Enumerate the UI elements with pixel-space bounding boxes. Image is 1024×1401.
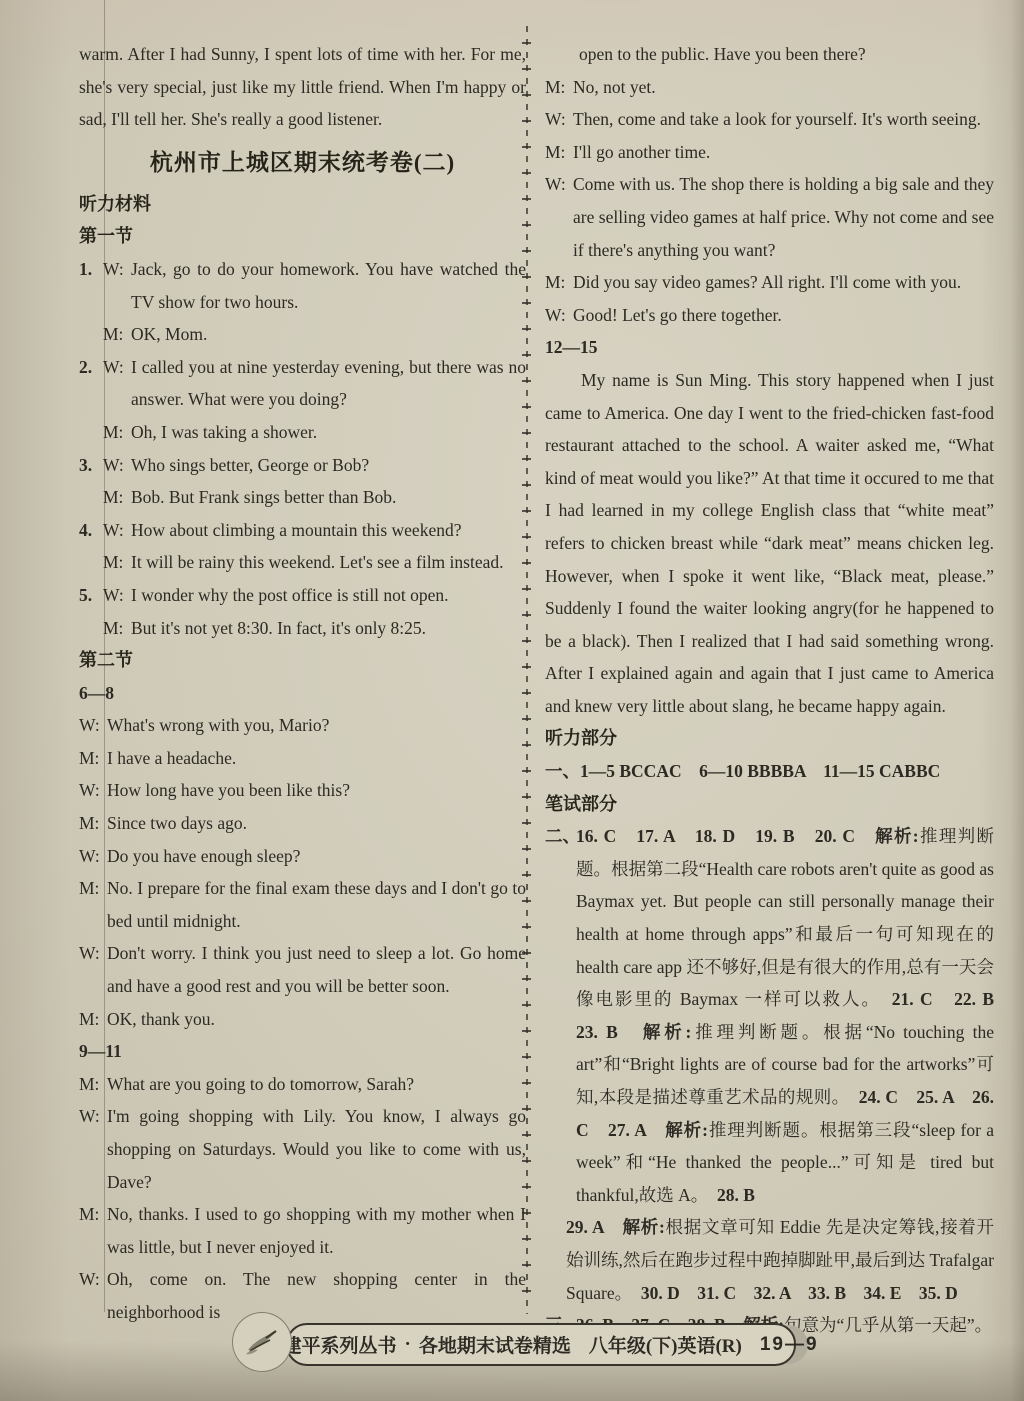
section-2-label: 二、	[545, 820, 576, 853]
section1-heading: 第一节	[79, 220, 526, 253]
speaker-label: W:	[545, 168, 573, 201]
listening-part-heading: 听力部分	[545, 722, 994, 755]
story-paragraph: My name is Sun Ming. This story happened…	[545, 364, 994, 723]
dialog-text: Come with us. The shop there is holding …	[573, 174, 994, 259]
dialog-text: What's wrong with you, Mario?	[107, 715, 329, 735]
dialog-text: Jack, go to do your homework. You have w…	[131, 259, 526, 312]
speaker-label: M:	[103, 546, 131, 579]
bird-pen-icon	[240, 1320, 284, 1364]
speaker-label: M:	[79, 872, 107, 905]
dialog-12-15-label: 12—15	[545, 331, 994, 364]
dialog-text: I called you at nine yesterday evening, …	[131, 357, 526, 410]
dialog-line: 5.W:I wonder why the post office is stil…	[79, 579, 526, 612]
listening-answers-line: 一、1—5 BCCAC 6—10 BBBBA 11—15 CABBC	[545, 755, 994, 788]
item-number: 4.	[79, 514, 103, 547]
dialog-text: Do you have enough sleep?	[107, 846, 300, 866]
left-column: warm. After I had Sunny, I spent lots of…	[79, 38, 526, 1329]
dialog-text: No, thanks. I used to go shopping with m…	[107, 1204, 526, 1257]
dialog-text: Then, come and take a look for yourself.…	[573, 109, 981, 129]
dialog-9-11-continued: M:No, not yet. W:Then, come and take a l…	[545, 71, 994, 332]
speaker-label: W:	[79, 709, 107, 742]
item-number: 5.	[79, 579, 103, 612]
dialog-line: M:Oh, I was taking a shower.	[79, 416, 526, 449]
right-column: open to the public. Have you been there?…	[545, 38, 994, 1342]
dialog-line: M:No. I prepare for the final exam these…	[79, 872, 526, 937]
dialog-line: 1.W:Jack, go to do your homework. You ha…	[79, 253, 526, 318]
speaker-label: W:	[545, 299, 573, 332]
section-2-answers: 二、16. C 17. A 18. D 19. B 20. C 解析:推理判断题…	[545, 820, 994, 1211]
carryover-paragraph: warm. After I had Sunny, I spent lots of…	[79, 38, 526, 136]
dialog-line: M:OK, Mom.	[79, 318, 526, 351]
dialog-line: M:OK, thank you.	[79, 1003, 526, 1036]
dialog-text: I wonder why the post office is still no…	[131, 585, 449, 605]
speaker-label: M:	[79, 742, 107, 775]
speaker-label: M:	[103, 481, 131, 514]
dialog-line: W:Come with us. The shop there is holdin…	[545, 168, 994, 266]
listening-answers: 1—5 BCCAC 6—10 BBBBA 11—15 CABBC	[580, 761, 940, 781]
dialog-text: OK, Mom.	[131, 324, 207, 344]
footer-separator-dot: ·	[404, 1334, 410, 1356]
dialog-text: Did you say video games? All right. I'll…	[573, 272, 961, 292]
speaker-label: W:	[103, 351, 131, 384]
speaker-label: M:	[103, 318, 131, 351]
speaker-label: W:	[79, 1263, 107, 1296]
answer-segment: 30. D 31. C 32. A 33. B 34. E 35. D	[623, 1283, 957, 1303]
footer-grade-subject: 八年级(下)英语(R)	[589, 1331, 742, 1358]
dialog-text: No. I prepare for the final exam these d…	[107, 878, 526, 931]
dialog-text: Oh, come on. The new shopping center in …	[107, 1269, 526, 1322]
dialog-line: M:Did you say video games? All right. I'…	[545, 266, 994, 299]
answer-segment: 29. A 解析:	[566, 1217, 665, 1237]
dialog-line: M:I have a headache.	[79, 742, 526, 775]
dialog-text: I'm going shopping with Lily. You know, …	[107, 1106, 526, 1191]
dialog-9-11: M:What are you going to do tomorrow, Sar…	[79, 1068, 526, 1329]
section2-heading: 第二节	[79, 644, 526, 677]
answer-segment: 句意为“几乎从第一天起”。	[784, 1315, 992, 1335]
section-1-label: 一、	[545, 761, 580, 781]
item-number: 3.	[79, 449, 103, 482]
dialog-line: W:I'm going shopping with Lily. You know…	[79, 1100, 526, 1198]
footer-banner: 孟建平系列丛书 · 各地期末试卷精选 八年级(下)英语(R) 19—9	[286, 1323, 796, 1366]
speaker-label: M:	[79, 807, 107, 840]
speaker-label: M:	[103, 416, 131, 449]
listening-material-heading: 听力材料	[79, 188, 526, 221]
dialog-line: W:Good! Let's go there together.	[545, 299, 994, 332]
footer-logo	[232, 1312, 292, 1372]
dialog-line: M:It will be rainy this weekend. Let's s…	[79, 546, 526, 579]
speaker-label: M:	[545, 71, 573, 104]
dialog-text: OK, thank you.	[107, 1009, 215, 1029]
speaker-label: W:	[79, 774, 107, 807]
dialog-line: M:No, thanks. I used to go shopping with…	[79, 1198, 526, 1263]
speaker-label: W:	[103, 514, 131, 547]
answers-29-35: 29. A 解析:根据文章可知 Eddie 先是决定筹钱,接着开始训练,然后在跑…	[566, 1211, 994, 1309]
dialog-line: W:Oh, come on. The new shopping center i…	[79, 1263, 526, 1328]
dialog-line: 3.W:Who sings better, George or Bob?	[79, 449, 526, 482]
speaker-label: M:	[79, 1003, 107, 1036]
speaker-label: W:	[103, 253, 131, 286]
dialog-text: How long have you been like this?	[107, 780, 350, 800]
item-number: 2.	[79, 351, 103, 384]
speaker-label: W:	[79, 840, 107, 873]
dialog-line: W:What's wrong with you, Mario?	[79, 709, 526, 742]
speaker-label: W:	[103, 579, 131, 612]
dialog-9-11-label: 9—11	[79, 1035, 526, 1068]
exam-title: 杭州市上城区期末统考卷(二)	[79, 145, 526, 181]
dialog-line: M:I'll go another time.	[545, 136, 994, 169]
dialog-text: No, not yet.	[573, 77, 656, 97]
numbered-dialogues-1-5: 1.W:Jack, go to do your homework. You ha…	[79, 253, 526, 644]
dialog-text: Bob. But Frank sings better than Bob.	[131, 487, 396, 507]
dialog-line: M:No, not yet.	[545, 71, 994, 104]
speaker-label: M:	[79, 1068, 107, 1101]
footer-page-number: 19—9	[760, 1334, 819, 1356]
carryover-dialog-line: open to the public. Have you been there?	[545, 38, 994, 71]
dialog-line: 2.W:I called you at nine yesterday eveni…	[79, 351, 526, 416]
speaker-label: M:	[103, 612, 131, 645]
speaker-label: M:	[545, 266, 573, 299]
speaker-label: W:	[545, 103, 573, 136]
answer-segment: 16. C 17. A 18. D 19. B 20. C 解析:	[576, 826, 919, 846]
dialog-text: Don't worry. I think you just need to sl…	[107, 943, 526, 996]
speaker-label: M:	[79, 1198, 107, 1231]
dialog-line: M:But it's not yet 8:30. In fact, it's o…	[79, 612, 526, 645]
dialog-text: What are you going to do tomorrow, Sarah…	[107, 1074, 414, 1094]
speaker-label: W:	[79, 1100, 107, 1133]
dialog-text: Oh, I was taking a shower.	[131, 422, 317, 442]
dialog-line: W:Do you have enough sleep?	[79, 840, 526, 873]
dialog-line: M:What are you going to do tomorrow, Sar…	[79, 1068, 526, 1101]
written-part-heading: 笔试部分	[545, 788, 994, 821]
dialog-text: Who sings better, George or Bob?	[131, 455, 369, 475]
scanned-answer-page: warm. After I had Sunny, I spent lots of…	[0, 0, 1024, 1401]
dialog-text: I'll go another time.	[573, 142, 710, 162]
speaker-label: W:	[79, 937, 107, 970]
answer-segment: 28. B	[699, 1185, 754, 1205]
dialog-line: W:Don't worry. I think you just need to …	[79, 937, 526, 1002]
dialog-text: But it's not yet 8:30. In fact, it's onl…	[131, 618, 426, 638]
dialog-line: M:Since two days ago.	[79, 807, 526, 840]
footer-selection-title: 各地期末试卷精选	[419, 1331, 571, 1358]
dialog-line: W:Then, come and take a look for yoursel…	[545, 103, 994, 136]
section-2-answer-text: 16. C 17. A 18. D 19. B 20. C 解析:推理判断题。根…	[576, 826, 1012, 1205]
dialog-6-8: W:What's wrong with you, Mario? M:I have…	[79, 709, 526, 1035]
dialog-line: M:Bob. But Frank sings better than Bob.	[79, 481, 526, 514]
item-number: 1.	[79, 253, 103, 286]
dialog-text: I have a headache.	[107, 748, 236, 768]
dialog-text: Good! Let's go there together.	[573, 305, 782, 325]
dialog-text: Since two days ago.	[107, 813, 247, 833]
dialog-6-8-label: 6—8	[79, 677, 526, 710]
answer-segment: 推理判断题。根据第二段“Health care robots aren't qu…	[576, 826, 994, 1009]
dialog-line: W:How long have you been like this?	[79, 774, 526, 807]
dialog-text: It will be rainy this weekend. Let's see…	[131, 552, 504, 572]
speaker-label: M:	[545, 136, 573, 169]
dialog-text: How about climbing a mountain this weeke…	[131, 520, 461, 540]
speaker-label: W:	[103, 449, 131, 482]
dialog-line: 4.W:How about climbing a mountain this w…	[79, 514, 526, 547]
